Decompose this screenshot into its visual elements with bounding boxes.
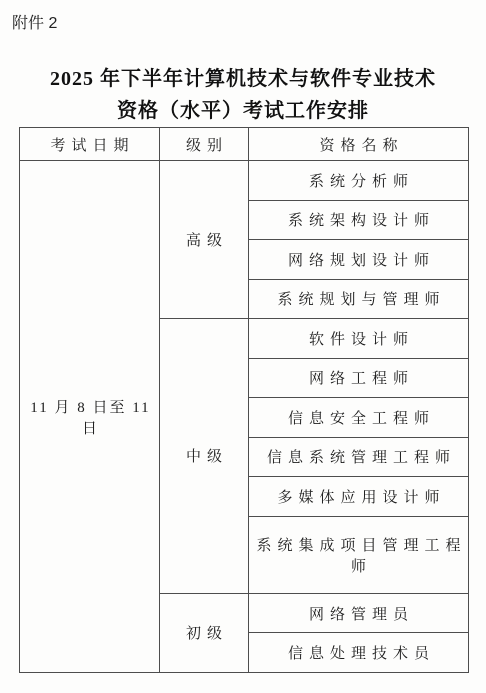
document-title-line1: 2025 年下半年计算机技术与软件专业技术 [0, 63, 486, 95]
level-cell-intermediate: 中级 [160, 319, 249, 594]
exam-schedule-table: 考试日期 级别 资格名称 11 月 8 日至 11 日 高级 系统分析师 系统架… [19, 127, 469, 673]
attachment-label: 附件 2 [12, 10, 57, 33]
header-qualification: 资格名称 [249, 128, 469, 161]
qualification-cell: 网络管理员 [249, 593, 469, 633]
qualification-cell: 系统架构设计师 [249, 200, 469, 240]
table-row: 11 月 8 日至 11 日 高级 系统分析师 [20, 161, 469, 201]
level-cell-junior: 初级 [160, 593, 249, 672]
exam-date-cell: 11 月 8 日至 11 日 [20, 161, 160, 673]
qualification-cell: 信息系统管理工程师 [249, 437, 469, 477]
qualification-cell: 系统集成项目管理工程师 [249, 516, 469, 593]
qualification-cell: 软件设计师 [249, 319, 469, 359]
qualification-cell: 多媒体应用设计师 [249, 477, 469, 517]
qualification-cell: 信息处理技术员 [249, 633, 469, 673]
qualification-cell: 系统规划与管理师 [249, 279, 469, 319]
qualification-cell: 网络工程师 [249, 358, 469, 398]
header-level: 级别 [160, 128, 249, 161]
document-title-line2: 资格（水平）考试工作安排 [0, 95, 486, 127]
level-cell-senior: 高级 [160, 161, 249, 319]
qualification-cell: 网络规划设计师 [249, 240, 469, 280]
header-exam-date: 考试日期 [20, 128, 160, 161]
table-header-row: 考试日期 级别 资格名称 [20, 128, 469, 161]
qualification-cell: 系统分析师 [249, 161, 469, 201]
qualification-cell: 信息安全工程师 [249, 398, 469, 438]
document-title: 2025 年下半年计算机技术与软件专业技术 资格（水平）考试工作安排 [0, 63, 486, 127]
